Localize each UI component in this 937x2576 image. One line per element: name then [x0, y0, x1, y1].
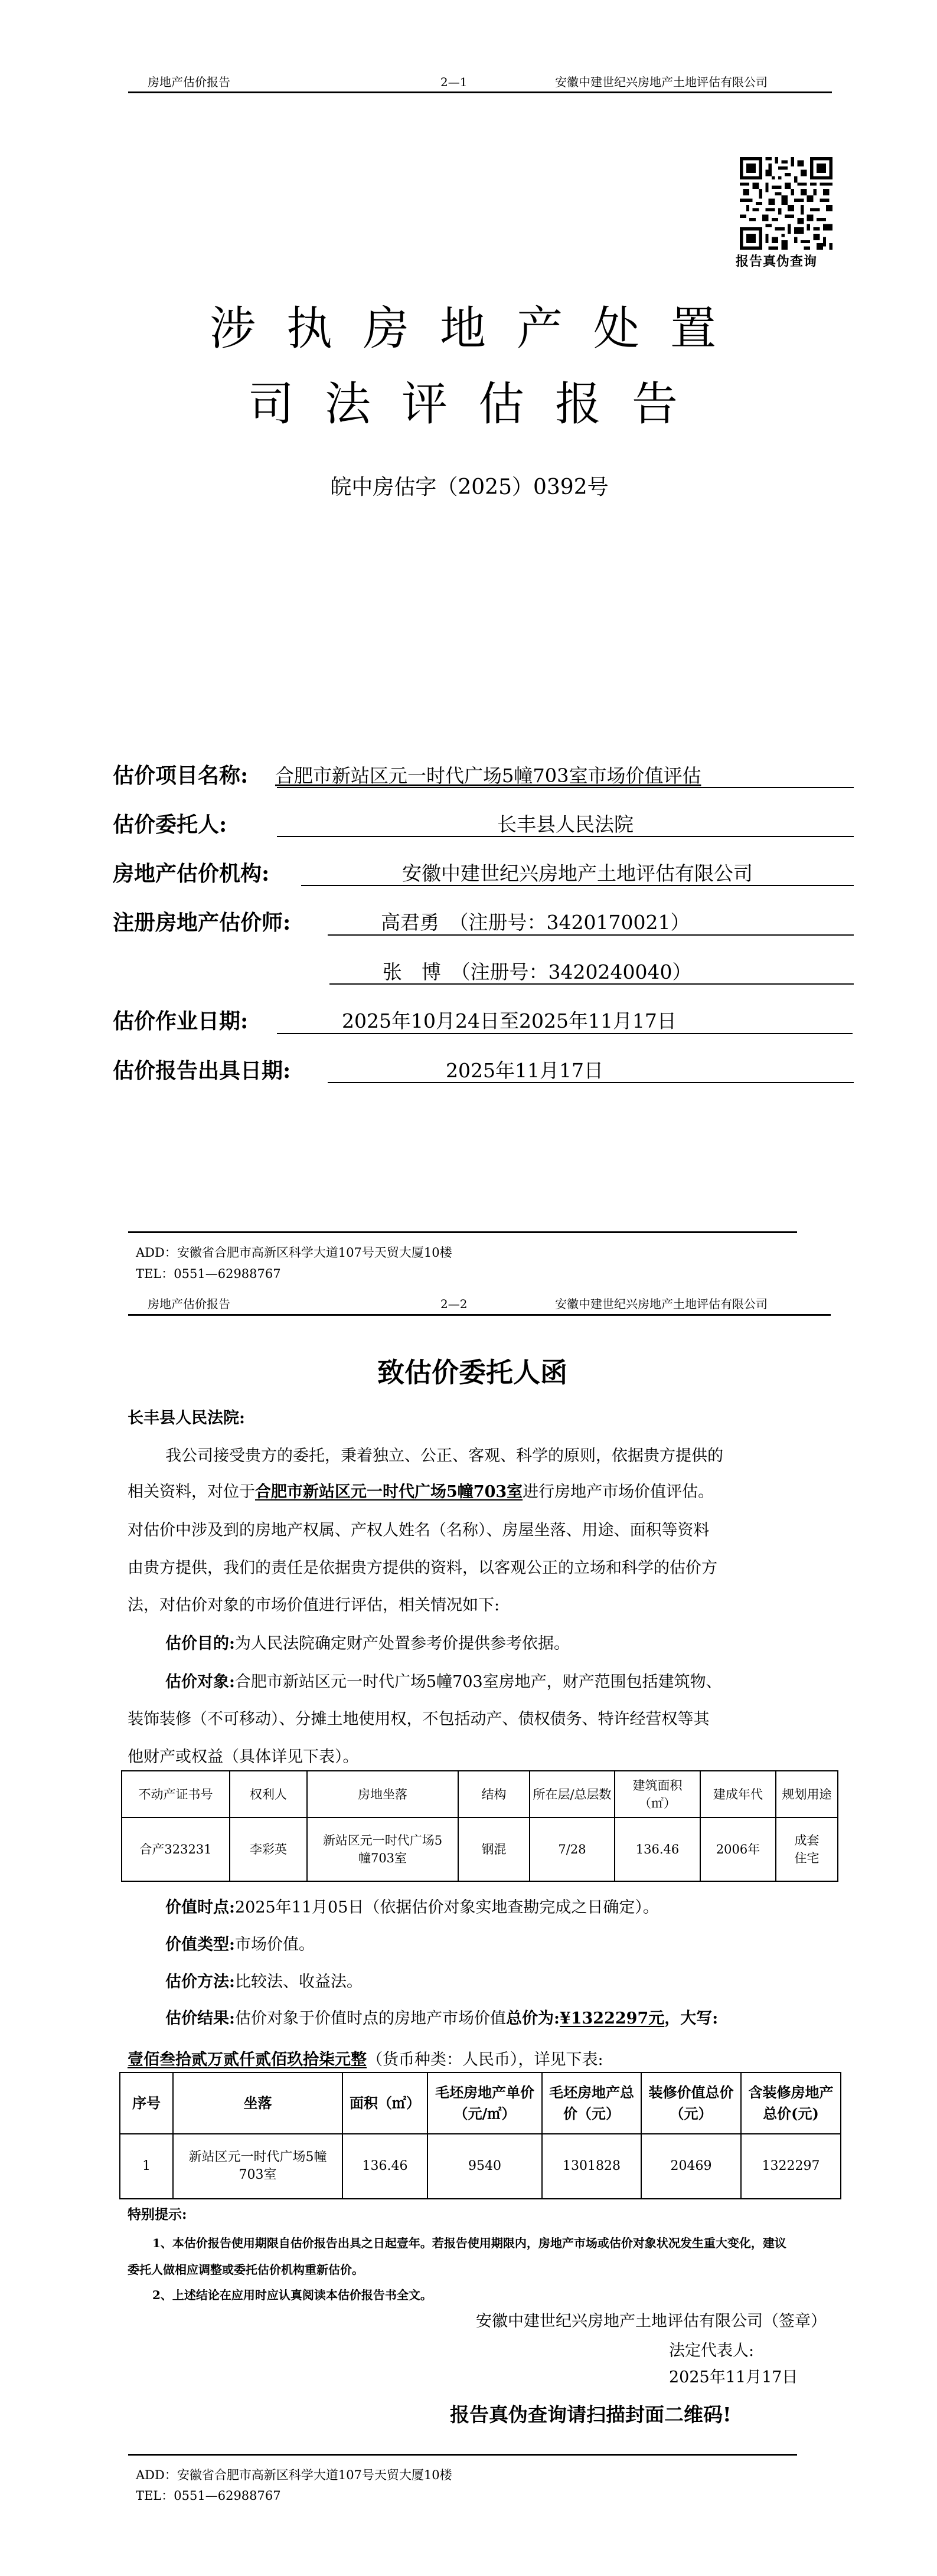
result-line: 估价结果:估价对象于价值时点的房地产市场价值总价为:¥1322297元，大写: [165, 2009, 718, 2029]
paragraph-line: 由贵方提供，我们的责任是依据贵方提供的资料，以客观公正的立场和科学的估价方 [128, 1558, 717, 1578]
property-table: 不动产证书号 权利人 房地坐落 结构 所在层/总层数 建筑面积（㎡） 建成年代 … [121, 1770, 838, 1882]
table-cell: 合产323231 [122, 1817, 230, 1881]
qr-label: 报告真伪查询 [736, 254, 817, 269]
value-type-line: 价值类型:市场价值。 [165, 1935, 315, 1955]
table-header-cell: 不动产证书号 [122, 1771, 230, 1817]
table-header-cell: 建成年代 [700, 1771, 776, 1817]
notes-title: 特别提示: [128, 2206, 187, 2223]
table-header-row: 不动产证书号 权利人 房地坐落 结构 所在层/总层数 建筑面积（㎡） 建成年代 … [122, 1771, 838, 1817]
table-header-cell: 权利人 [230, 1771, 307, 1817]
header-left: 房地产估价报告 [148, 1297, 230, 1311]
header-rule [128, 91, 832, 93]
field-underline [277, 787, 854, 788]
method-value: 比较法、收益法。 [235, 1973, 363, 1991]
footer-address: ADD：安徽省合肥市高新区科学大道107号天贸大厦10楼 [136, 1245, 452, 1260]
table-cell: 钢混 [458, 1817, 530, 1881]
header-page-number: 2—1 [440, 75, 467, 89]
field-value: 高君勇 （注册号：3420170021） [328, 910, 854, 936]
footer-tel: TEL：0551—62988767 [136, 1266, 281, 1282]
cover-title-line-1: 涉执房地产处置 [177, 302, 779, 355]
report-number: 皖中房估字（2025）0392号 [236, 476, 703, 499]
table-cell: 7/28 [530, 1817, 615, 1881]
value-date-line: 价值时点:2025年11月05日（依据估价对象实地查勘完成之日确定）。 [165, 1898, 659, 1918]
field-underline [329, 983, 854, 985]
paragraph-line: 法，对估价对象的市场价值进行评估，相关情况如下: [128, 1596, 499, 1616]
field-value: 合肥市新站区元一时代广场5幢703室市场价值评估 [275, 763, 854, 789]
field-label: 估价项目名称: [113, 763, 248, 789]
table-header-row: 序号 坐落 面积（㎡） 毛坯房地产单价（元/㎡） 毛坯房地产总价（元） 装修价值… [120, 2072, 841, 2134]
signature-representative: 法定代表人: [669, 2341, 754, 2361]
table-cell: 2006年 [700, 1817, 776, 1881]
paragraph-line: 他财产或权益（具体详见下表）。 [128, 1747, 359, 1767]
object-line: 估价对象:合肥市新站区元一时代广场5幢703室房地产，财产范围包括建筑物、 [165, 1672, 722, 1692]
result-text: 估价对象于价值时点的房地产市场价值 [235, 2009, 506, 2028]
field-underline [301, 885, 854, 886]
table-cell: 1 [120, 2134, 173, 2199]
result-text: ，大写: [664, 2009, 718, 2028]
value-date-value: 2025年11月05日（依据估价对象实地查勘完成之日确定）。 [235, 1898, 659, 1917]
qr-code-icon[interactable] [740, 157, 832, 250]
table-row: 1 新站区元一时代广场5幢703室 136.46 9540 1301828 20… [120, 2134, 841, 2199]
header-right: 安徽中建世纪兴房地产土地评估有限公司 [555, 75, 768, 89]
table-cell: 新站区元一时代广场5幢703室 [307, 1817, 458, 1881]
text-run: 相关资料，对位于 [128, 1483, 255, 1501]
table-cell: 成套住宅 [776, 1817, 838, 1881]
purpose-label: 估价目的: [165, 1634, 235, 1653]
note-item-2: 2、上述结论在应用时应认真阅读本估价报告书全文。 [152, 2287, 432, 2303]
result-total-label: 总价为: [506, 2009, 560, 2028]
table-header-cell: 毛坯房地产总价（元） [542, 2072, 641, 2134]
field-underline [277, 1033, 853, 1034]
header-left: 房地产估价报告 [148, 75, 230, 89]
object-value: 合肥市新站区元一时代广场5幢703室房地产，财产范围包括建筑物、 [235, 1673, 722, 1691]
table-header-cell: 坐落 [173, 2072, 342, 2134]
table-cell: 新站区元一时代广场5幢703室 [173, 2134, 342, 2199]
field-underline [328, 1082, 854, 1083]
table-cell: 20469 [641, 2134, 741, 2199]
table-cell: 9540 [427, 2134, 542, 2199]
letter-salutation: 长丰县人民法院: [128, 1408, 245, 1428]
field-underline [277, 836, 854, 837]
field-value: 张 博 （注册号：3420240040） [329, 959, 854, 985]
header-right: 安徽中建世纪兴房地产土地评估有限公司 [555, 1297, 768, 1311]
paragraph-line: 对估价中涉及到的房地产权属、产权人姓名（名称）、房屋坐落、用途、面积等资料 [128, 1521, 710, 1541]
purpose-line: 估价目的:为人民法院确定财产处置参考价提供参考依据。 [165, 1634, 570, 1654]
object-label: 估价对象: [165, 1673, 235, 1691]
method-line: 估价方法:比较法、收益法。 [165, 1972, 363, 1992]
table-header-cell: 面积（㎡） [342, 2072, 427, 2134]
footer-rule [128, 1231, 797, 1233]
verify-notice: 报告真伪查询请扫描封面二维码! [450, 2404, 732, 2426]
header-rule [128, 1314, 831, 1316]
purpose-value: 为人民法院确定财产处置参考价提供参考依据。 [235, 1634, 570, 1653]
field-underline [328, 934, 854, 936]
letter-title: 致估价委托人函 [354, 1356, 590, 1389]
field-label: 注册房地产估价师: [113, 910, 290, 936]
currency-note: （货币种类：人民币），详见下表: [367, 2051, 603, 2069]
table-cell: 136.46 [342, 2134, 427, 2199]
footer-rule [128, 2454, 797, 2456]
table-header-cell: 含装修房地产总价(元) [741, 2072, 841, 2134]
result-amount: ¥1322297元 [560, 2009, 664, 2028]
table-cell: 136.46 [615, 1817, 700, 1881]
field-label: 估价作业日期: [113, 1008, 248, 1034]
field-label: 房地产估价机构: [113, 861, 269, 887]
note-item-1: 1、本估价报告使用期限自估价报告出具之日起壹年。若报告使用期限内，房地产市场或估… [152, 2235, 786, 2251]
value-date-label: 价值时点: [165, 1898, 235, 1917]
table-header-cell: 房地坐落 [307, 1771, 458, 1817]
result-label: 估价结果: [165, 2009, 235, 2028]
subject-property: 合肥市新站区元一时代广场5幢703室 [255, 1483, 523, 1501]
field-value: 2025年11月17日 [328, 1058, 854, 1084]
field-label: 估价委托人: [113, 812, 227, 838]
table-header-cell: 毛坯房地产单价（元/㎡） [427, 2072, 542, 2134]
result-words-line: 壹佰叁拾贰万贰仟贰佰玖拾柒元整（货币种类：人民币），详见下表: [128, 2050, 603, 2070]
paragraph-line: 我公司接受贵方的委托，秉着独立、公正、客观、科学的原则，依据贵方提供的 [165, 1446, 723, 1466]
cover-title-line-2: 司法评估报告 [218, 378, 738, 431]
method-label: 估价方法: [165, 1973, 235, 1991]
table-header-cell: 结构 [458, 1771, 530, 1817]
footer-tel: TEL：0551—62988767 [136, 2488, 281, 2503]
text-run: 进行房地产市场价值评估。 [523, 1483, 714, 1501]
field-value: 长丰县人民法院 [277, 812, 854, 838]
table-header-cell: 装修价值总价（元） [641, 2072, 741, 2134]
table-header-cell: 建筑面积（㎡） [615, 1771, 700, 1817]
table-cell: 李彩英 [230, 1817, 307, 1881]
signature-company: 安徽中建世纪兴房地产土地评估有限公司（签章） [476, 2312, 827, 2332]
result-table: 序号 坐落 面积（㎡） 毛坯房地产单价（元/㎡） 毛坯房地产总价（元） 装修价值… [119, 2072, 841, 2199]
value-type-label: 价值类型: [165, 1936, 235, 1954]
table-header-cell: 序号 [120, 2072, 173, 2134]
value-type-value: 市场价值。 [235, 1936, 315, 1954]
paragraph-line: 装饰装修（不可移动）、分摊土地使用权，不包括动产、债权债务、特许经营权等其 [128, 1709, 710, 1730]
table-cell: 1322297 [741, 2134, 841, 2199]
note-item-1-continued: 委托人做相应调整或委托估价机构重新估价。 [128, 2262, 364, 2277]
signature-date: 2025年11月17日 [669, 2368, 798, 2388]
field-value: 2025年10月24日至2025年11月17日 [277, 1008, 854, 1034]
field-value: 安徽中建世纪兴房地产土地评估有限公司 [301, 861, 854, 887]
field-label: 估价报告出具日期: [113, 1058, 290, 1084]
table-header-cell: 所在层/总层数 [530, 1771, 615, 1817]
table-header-cell: 规划用途 [776, 1771, 838, 1817]
header-page-number: 2—2 [440, 1297, 467, 1311]
table-row: 合产323231 李彩英 新站区元一时代广场5幢703室 钢混 7/28 136… [122, 1817, 838, 1881]
result-amount-words: 壹佰叁拾贰万贰仟贰佰玖拾柒元整 [128, 2051, 367, 2069]
table-cell: 1301828 [542, 2134, 641, 2199]
paragraph-line: 相关资料，对位于合肥市新站区元一时代广场5幢703室进行房地产市场价值评估。 [128, 1482, 714, 1502]
footer-address: ADD：安徽省合肥市高新区科学大道107号天贸大厦10楼 [136, 2467, 452, 2483]
